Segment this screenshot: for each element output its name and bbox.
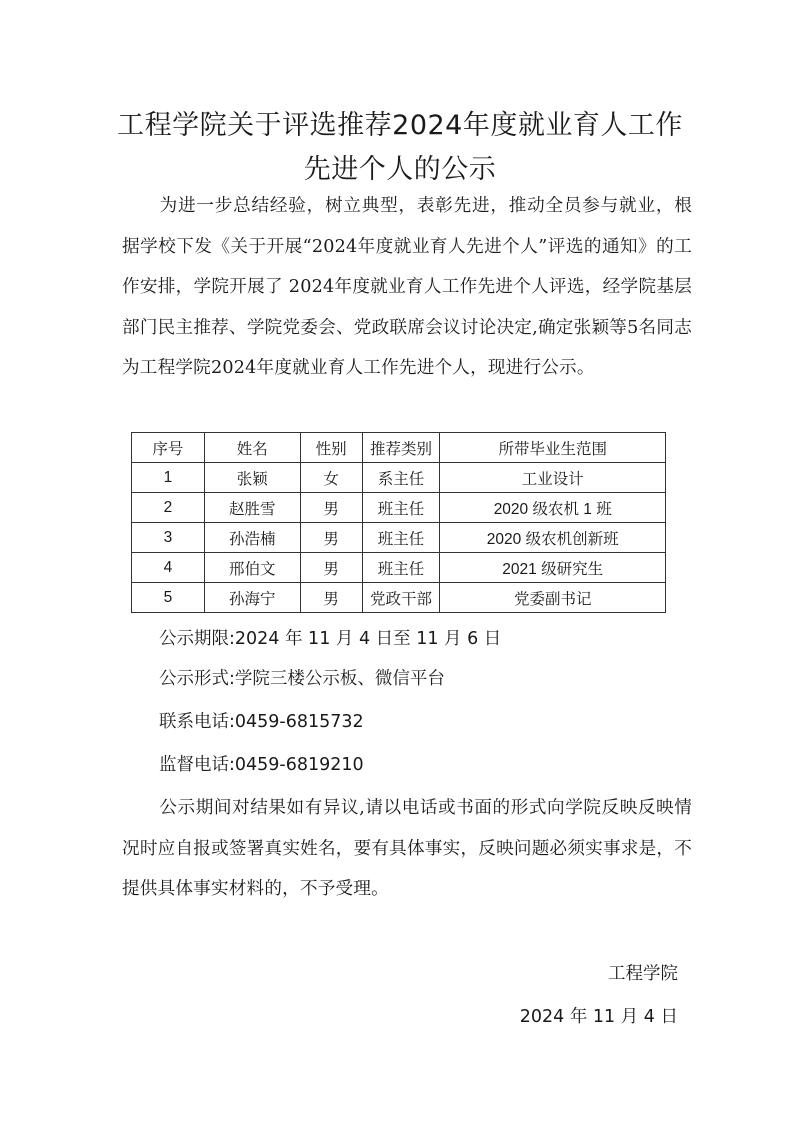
cell-name: 张颖	[204, 463, 300, 493]
cell-number: 1	[132, 463, 205, 493]
table-row: 5 孙海宁 男 党政干部 党委副书记	[132, 583, 666, 613]
cell-scope: 工业设计	[440, 463, 666, 493]
table-row: 1 张颖 女 系主任 工业设计	[132, 463, 666, 493]
objection-paragraph-text: 公示期间对结果如有异议,请以电话或书面的形式向学院反映反映情况时应自报或签署真实…	[122, 798, 692, 899]
cell-category: 班主任	[362, 523, 440, 553]
header-number: 序号	[132, 433, 205, 463]
cell-number: 3	[132, 523, 205, 553]
publicity-period: 公示期限:2024 年 11 月 4 日至 11 月 6 日	[159, 625, 501, 650]
cell-category: 党政干部	[362, 583, 440, 613]
cell-name: 赵胜雪	[204, 493, 300, 523]
publicity-form: 公示形式:学院三楼公示板、微信平台	[159, 665, 445, 690]
contact-phone: 联系电话:0459-6815732	[159, 708, 364, 733]
cell-gender: 男	[300, 583, 362, 613]
cell-scope: 党委副书记	[440, 583, 666, 613]
table-row: 3 孙浩楠 男 班主任 2020 级农机创新班	[132, 523, 666, 553]
cell-scope: 2020 级农机创新班	[440, 523, 666, 553]
cell-gender: 男	[300, 553, 362, 583]
cell-name: 孙海宁	[204, 583, 300, 613]
intro-paragraph: 为进一步总结经验，树立典型，表彰先进，推动全员参与就业，根据学校下发《关于开展“…	[122, 186, 692, 389]
table-row: 4 邢伯文 男 班主任 2021 级研究生	[132, 553, 666, 583]
cell-name: 邢伯文	[204, 553, 300, 583]
cell-number: 5	[132, 583, 205, 613]
header-scope: 所带毕业生范围	[440, 433, 666, 463]
cell-category: 系主任	[362, 463, 440, 493]
cell-gender: 女	[300, 463, 362, 493]
cell-scope: 2021 级研究生	[440, 553, 666, 583]
header-gender: 性别	[300, 433, 362, 463]
cell-scope: 2020 级农机 1 班	[440, 493, 666, 523]
document-title-line-1: 工程学院关于评选推荐2024年度就业育人工作	[80, 103, 720, 142]
cell-number: 4	[132, 553, 205, 583]
header-category: 推荐类别	[362, 433, 440, 463]
table-header-row: 序号 姓名 性别 推荐类别 所带毕业生范围	[132, 433, 666, 463]
supervision-phone: 监督电话:0459-6819210	[159, 751, 364, 776]
document-page: 工程学院关于评选推荐2024年度就业育人工作 先进个人的公示 为进一步总结经验，…	[0, 0, 799, 1131]
document-title-line-2: 先进个人的公示	[80, 147, 720, 186]
cell-name: 孙浩楠	[204, 523, 300, 553]
cell-gender: 男	[300, 493, 362, 523]
intro-paragraph-text: 为进一步总结经验，树立典型，表彰先进，推动全员参与就业，根据学校下发《关于开展“…	[122, 196, 692, 378]
cell-category: 班主任	[362, 553, 440, 583]
objection-paragraph: 公示期间对结果如有异议,请以电话或书面的形式向学院反映反映情况时应自报或签署真实…	[122, 788, 692, 910]
signature-organization: 工程学院	[608, 960, 678, 985]
cell-category: 班主任	[362, 493, 440, 523]
cell-gender: 男	[300, 523, 362, 553]
table-row: 2 赵胜雪 男 班主任 2020 级农机 1 班	[132, 493, 666, 523]
cell-number: 2	[132, 493, 205, 523]
header-name: 姓名	[204, 433, 300, 463]
signature-date: 2024 年 11 月 4 日	[520, 1003, 678, 1028]
awardees-table: 序号 姓名 性别 推荐类别 所带毕业生范围 1 张颖 女 系主任 工业设计 2 …	[131, 432, 666, 613]
